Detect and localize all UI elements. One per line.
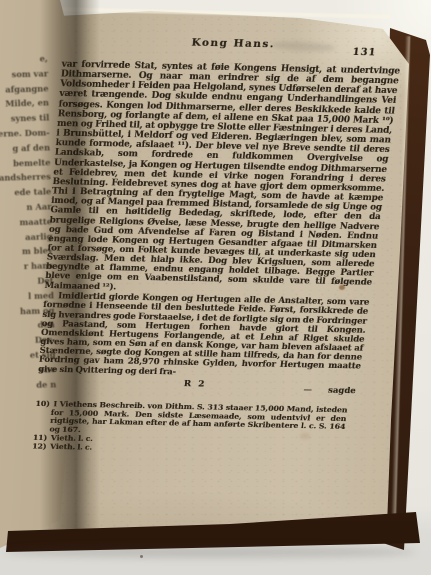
- page-number: 131: [352, 47, 377, 58]
- book-photo: e, som var afgangne Milde, en synes til …: [0, 0, 431, 575]
- footnote-text: I Viethens Beschreib. von Dithm. S. 313 …: [49, 399, 348, 434]
- catchword-dash: —: [303, 386, 313, 395]
- fragment-line: erne. Dom-: [0, 125, 50, 141]
- fragment-line: Milde, en: [0, 96, 49, 112]
- book-drop-shadow: [4, 546, 416, 558]
- fragment-line: m blev: [1, 244, 53, 260]
- fragment-line: synes til: [0, 111, 49, 127]
- brown-stain: [339, 285, 345, 290]
- catchword: sagde: [328, 386, 357, 395]
- catchword-box: — sagde: [303, 386, 356, 396]
- footnote-marker: 12): [32, 442, 47, 451]
- signature-mark: R 2: [183, 379, 206, 389]
- fragment-line: bemelte: [0, 155, 51, 171]
- fragment-line: ede tale: [0, 185, 51, 201]
- printed-text-block: Kong Hans. 131 var forvirrede Stat, synt…: [32, 34, 404, 458]
- footnote-section: 10)I Viethens Beschreib. von Dithm. S. 3…: [32, 399, 348, 457]
- footnote-text: Vieth. l. c.: [50, 442, 93, 452]
- fragment-line: g af den: [0, 140, 50, 156]
- fragment-line: n Aar: [0, 199, 52, 215]
- fragment-line: afgangne: [0, 81, 49, 97]
- footnote-marker: 10): [35, 399, 50, 408]
- fragment-line: som var: [0, 66, 48, 82]
- fragment-line: maatte: [0, 214, 52, 230]
- foxing-spot: [300, 433, 310, 439]
- fragment-line: andsherres: [0, 170, 51, 186]
- body-text: var forvirrede Stat, syntes at føie Kong…: [38, 60, 401, 381]
- fragment-line: e,: [0, 51, 48, 67]
- table-speck: [140, 555, 143, 558]
- paragraph: var forvirrede Stat, syntes at føie Kong…: [44, 60, 400, 298]
- paragraph: Imidlertid giorde Kongen og Hertugen all…: [38, 292, 370, 381]
- fragment-line: aarlig: [0, 229, 52, 245]
